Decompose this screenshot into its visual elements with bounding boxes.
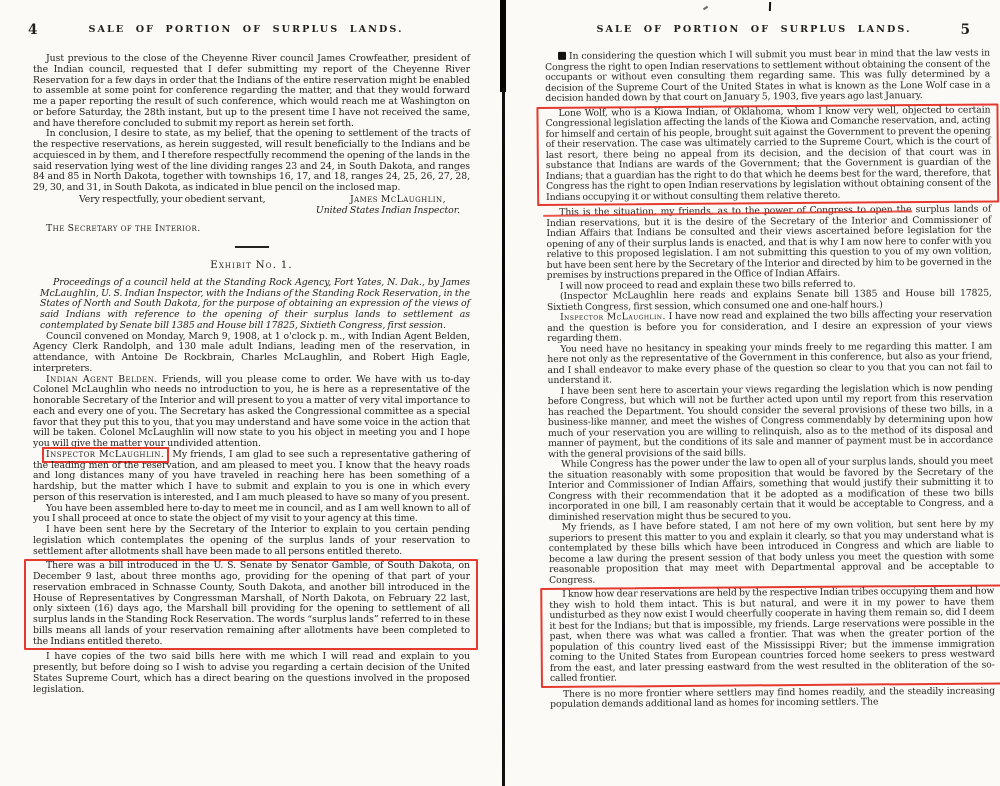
signature-closing: Very respectfully, your obedient servant… (79, 195, 266, 206)
page-5-text-column: In considering the question which I will… (545, 49, 995, 711)
red-boxed-paragraph: I know how dear reservations are held by… (540, 584, 1000, 687)
paragraph: Council convened on Monday, March 9, 190… (33, 332, 470, 375)
paragraph: You need have no hesitancy in speaking y… (547, 341, 992, 386)
red-boxed-paragraph: Lone Wolf, who is a Kiowa Indian, of Okl… (536, 103, 999, 206)
paragraph: I have been sent here by the Secretary o… (33, 525, 470, 557)
red-boxed-paragraph: There was a bill introduced in the U. S.… (24, 559, 478, 650)
scan-speck-artifact (703, 6, 708, 11)
book-scan: 4 SALE OF PORTION OF SURPLUS LANDS. SALE… (0, 0, 1000, 786)
speaker-name: Inspector McLaughlin. (560, 311, 666, 323)
paragraph: Proceedings of a council held at the Sta… (33, 278, 470, 332)
red-struck-paragraph: This is the situation, my friends, as to… (546, 205, 992, 282)
signature-block: Very respectfully, your obedient servant… (33, 195, 470, 217)
exhibit-heading: Exhibit No. 1. (33, 260, 470, 271)
page-5-header: SALE OF PORTION OF SURPLUS LANDS. 5 (508, 22, 1000, 38)
page-number: 5 (961, 22, 970, 38)
book-gutter-shadow (502, 88, 505, 786)
section-divider (235, 246, 269, 248)
speaker-name: Indian Agent Belden. (46, 374, 158, 385)
signature-name: James McLaughlin, (350, 195, 446, 206)
book-gutter-shadow (500, 0, 506, 92)
paragraph: The Secretary of the Interior. (33, 224, 470, 235)
paragraph: I have been sent here to ascertain your … (548, 383, 994, 460)
page-4-text-column: Just previous to the close of the Cheyen… (33, 54, 470, 695)
paragraph: Just previous to the close of the Cheyen… (33, 54, 470, 129)
signature-title: United States Indian Inspector. (33, 206, 470, 217)
paragraph: There is no more frontier where settlers… (550, 686, 995, 710)
page-4-header: 4 SALE OF PORTION OF SURPLUS LANDS. (0, 22, 492, 38)
paragraph: Inspector McLaughlin. My friends, I am g… (33, 450, 470, 504)
paragraph: I have copies of the two said bills here… (33, 652, 470, 695)
running-head: SALE OF PORTION OF SURPLUS LANDS. (508, 22, 1000, 35)
paragraph: You have been assembled here to-day to m… (33, 504, 470, 526)
page-number: 4 (28, 22, 37, 38)
paragraph: In considering the question which I will… (545, 49, 990, 105)
paragraph: Indian Agent Belden. Friends, will you p… (33, 375, 470, 450)
paragraph: My friends, as I have before stated, I a… (549, 519, 994, 585)
paragraph: In conclusion, I desire to state, as my … (33, 129, 470, 194)
scan-tick-artifact (769, 2, 771, 11)
ink-blot-artifact (558, 52, 566, 60)
paragraph: While Congress has the power under the l… (548, 456, 993, 522)
speaker-name-red-boxed: Inspector McLaughlin. (42, 447, 169, 463)
running-head: SALE OF PORTION OF SURPLUS LANDS. (0, 22, 492, 35)
paragraph: Inspector McLaughlin. I have now read an… (547, 309, 992, 344)
